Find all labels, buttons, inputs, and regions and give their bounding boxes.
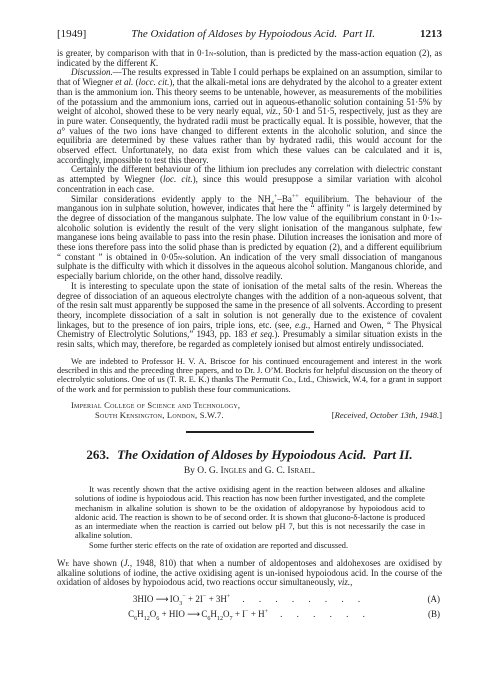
running-title: The Oxidation of Aldoses by Hypoiodous A… [86,28,420,40]
paragraph-speculation: It is interesting to speculate upon the … [57,282,442,350]
received-date: [Received, October 13th, 1948.] [332,410,442,420]
affiliation-line-1: Imperial College of Science and Technolo… [57,400,442,410]
paragraph-discussion: Discussion.—The results expressed in Tab… [57,68,442,165]
abstract-paragraph: It was recently shown that the active ox… [75,485,425,541]
article-title: The Oxidation of Aldoses by Hypoiodous A… [117,447,413,462]
intro-paragraph: We have shown (J., 1948, 810) that when … [57,559,442,588]
journal-page: [1949] The Oxidation of Aldoses by Hypoi… [0,0,500,679]
abstract-paragraph: Some further steric effects on the rate … [75,541,425,550]
acknowledgement: We are indebted to Professor H. V. A. Br… [57,357,442,394]
volume-year: [1949] [57,28,86,40]
equation-B-label: (B) [428,608,440,622]
equations-block: 3HIO ⟶ IO3− + 2I− + 3H+. . . . . . . . (… [57,593,442,622]
abstract: It was recently shown that the active ox… [75,485,425,550]
equation-A-label: (A) [428,593,441,607]
equation-B-leaders: . . . . . . [280,609,371,619]
article-title-line: 263.The Oxidation of Aldoses by Hypoiodo… [57,447,442,462]
equation-A-body: 3HIO ⟶ IO3− + 2I− + 3H+ [133,594,230,604]
equation-B-body: C6H12O6 + HIO ⟶ C6H12O7 + I− + H+ [128,609,268,619]
equation-B: C6H12O6 + HIO ⟶ C6H12O7 + I− + H+. . . .… [57,608,442,623]
article-byline: By O. G. Ingles and G. C. Israel. [57,466,442,476]
paragraph-continuation: is greater, by comparison with that in 0… [57,49,442,68]
page-header: [1949] The Oxidation of Aldoses by Hypoi… [57,28,442,40]
article-number: 263. [86,447,109,462]
paragraph-equilibrium: Similar considerations evidently apply t… [57,195,442,282]
equation-A-leaders: . . . . . . . . [242,594,366,604]
page-number: 1213 [420,28,442,40]
section-divider [186,431,314,433]
affiliation-block: Imperial College of Science and Technolo… [57,400,442,420]
affiliation-line-2: South Kensington, London, S.W.7. [57,410,224,420]
paragraph-lithium: Certainly the different behaviour of the… [57,165,442,194]
equation-A: 3HIO ⟶ IO3− + 2I− + 3H+. . . . . . . . (… [57,593,442,608]
